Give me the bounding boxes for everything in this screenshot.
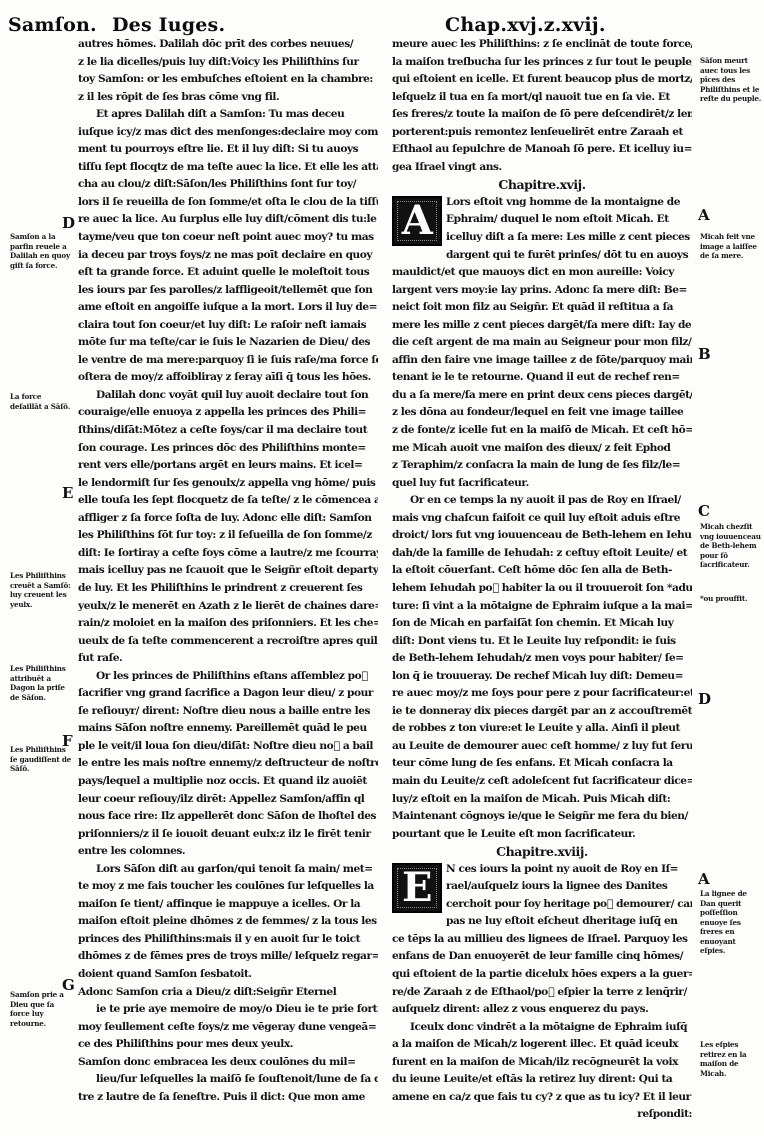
text-line: die ceſt argent de ma main au Seigneur p… [392, 334, 692, 352]
text-line: doient quand Samſon ſesbatoit. [78, 966, 378, 984]
text-line: ame eſtoit en angoiſſe iuſque a la mort.… [78, 299, 378, 317]
text-line: ſacrifier vng grand ſacrifice a Dagon le… [78, 685, 378, 703]
text-line: re auec la lice. Au ſurplus elle luy diſ… [78, 211, 378, 229]
catchword: reſpondit: [392, 1106, 692, 1124]
text-line: affliger z ſa force ſoſta de luy. Adonc … [78, 510, 378, 528]
right-margin-section-letter: C [698, 502, 710, 520]
text-line: le entre les mais noſtre ennemy/z deſtru… [78, 755, 378, 773]
chapter18-body: ce tēps la au millieu des lignees de Iſr… [392, 931, 692, 1106]
right-margin-gloss: *ou prouffit. [700, 594, 762, 604]
text-line: moy ſeullement ceſte foys/z me vēgeray d… [78, 1019, 378, 1037]
text-line: porterent:puis remontez lenſeuelirēt ent… [392, 124, 692, 142]
text-line: du ieune Leuite/et eſtās la retirez luy … [392, 1071, 692, 1089]
text-line: pas ne luy eſtoit eſcheut dheritage iuſq… [392, 913, 692, 931]
text-line: furent en la maiſon de Micah/ilz recōgne… [392, 1054, 692, 1072]
text-line: ſon courage. Les princes dōc des Philiſt… [78, 440, 378, 458]
left-margin-gloss: La force deſaillāt a Sāſō. [10, 392, 72, 411]
chapter18-opening: E N ces iours la point ny auoit de Roy e… [392, 861, 692, 931]
right-margin-section-letter: D [698, 690, 711, 708]
text-line: le ventre de ma mere:parquoy ſi ie ſuis … [78, 352, 378, 370]
text-line: pays/lequel a multiplie noz occis. Et qu… [78, 773, 378, 791]
text-line: ſe reſiouyr/ dirent: Noſtre dieu nous a … [78, 703, 378, 721]
text-line: ce tēps la au millieu des lignees de Iſr… [392, 931, 692, 949]
left-margin-gloss: Samſon a la parfin reuele a Dalilah en q… [10, 232, 72, 270]
text-line: elle touſa les ſept flocquetz de ſa teſt… [78, 492, 378, 510]
right-margin-section-letter: A [698, 870, 710, 888]
text-line: tre z lautre de ſa ſeneſtre. Puis il dic… [78, 1089, 378, 1107]
text-line: pourtant que le Leuite eſt mon ſacrifica… [392, 826, 692, 844]
text-line: iuſque icy/z mas dict des menſonges:decl… [78, 124, 378, 142]
text-line: Adonc Samſon cria a Dieu/z diſt:Seigñr E… [78, 984, 378, 1002]
text-line: rain/z moloiet en la maiſon des priſonni… [78, 615, 378, 633]
text-line: toy Samſon: or les embuſches eſtoient en… [78, 71, 378, 89]
text-line: me Micah auoit vne maiſon des dieux/ z f… [392, 440, 692, 458]
text-line: z il les rōpit de ſes bras cōme vng fil. [78, 89, 378, 107]
text-line: Lors Sāſon diſt au garſon/qui tenoit ſa … [78, 861, 378, 879]
text-line: qui eſtoient de la partie dicelulx hōes … [392, 966, 692, 984]
text-line: ueulx de ſa teſte commencerent a recroiſ… [78, 633, 378, 651]
running-head-left: Samſon. [8, 14, 97, 36]
text-line: dargent qui te furēt prinſes/ dōt tu en … [392, 247, 692, 265]
text-line: diſt: Ie ſortiray a ceſte foys cōme a la… [78, 545, 378, 563]
text-line: mere les mille z cent pieces dargēt/ſa m… [392, 317, 692, 335]
text-line: amene en ca/z que fais tu cy? z que as t… [392, 1089, 692, 1107]
left-margin-gloss: Les Philiſthins attribuēt a Dagon la pri… [10, 664, 72, 702]
right-margin-gloss: Micah feit vne image a laiſſee de ſa mer… [700, 232, 762, 261]
text-line: ſon de Micah en parfaiſāt ſon chemin. Et… [392, 615, 692, 633]
chapter17-opening: A Lors eſtoit vng homme de la montaigne … [392, 194, 692, 264]
text-line: lieu/ſur leſquelles la maiſō ſe ſouſteno… [78, 1071, 378, 1089]
text-line: z de fonte/z icelle fut en la maiſō de M… [392, 422, 692, 440]
text-line: largent vers moy:ie lay prins. Adonc ſa … [392, 282, 692, 300]
text-line: meure auec les Philiſthins: z ſe enclinā… [392, 36, 692, 54]
text-line: dah/de la famille de Iehudah: z ceſtuy e… [392, 545, 692, 563]
text-line: mains Sāſon noſtre ennemy. Pareillemēt q… [78, 720, 378, 738]
right-text-column: meure auec les Philiſthins: z ſe enclinā… [392, 36, 692, 1124]
text-line: Or les princes de Philiſthins eſtans aſſ… [78, 668, 378, 686]
text-line: tenant ie le te retourne. Quand il eut d… [392, 369, 692, 387]
book-page: Samſon. Des Iuges. Chap.xvj.z.xvij. autr… [0, 0, 764, 1136]
text-line: enfans de Dan enuoyerēt de leur famille … [392, 948, 692, 966]
historiated-initial-e-icon: E [392, 863, 442, 913]
text-line: ſes freres/z toute la maiſon de ſō pere … [392, 106, 692, 124]
running-head-book-title: Des Iuges. [112, 14, 225, 36]
text-line: la eſtoit cōuerſant. Ceſt hōme dōc ſen a… [392, 562, 692, 580]
text-line: Et apres Dalilah diſt a Samſon: Tu mas d… [78, 106, 378, 124]
text-line: leſquelz il tua en ſa mort/ql nauoit tue… [392, 89, 692, 107]
text-line: princes des Philiſthins:mais il y en auo… [78, 931, 378, 949]
right-margin-gloss: Micah chezſit vng iouuenceau de Beth-leh… [700, 522, 762, 570]
text-line: neict ſoit mon filz au Seigñr. Et quād i… [392, 299, 692, 317]
text-line: Dalilah donc voyāt quil luy auoit declai… [78, 387, 378, 405]
text-line: ia deceu par troys foys/z ne mas poīt de… [78, 247, 378, 265]
text-line: entre les colomnes. [78, 843, 378, 861]
text-line: autres hōmes. Dalilah dōc prīt des corbe… [78, 36, 378, 54]
text-line: dhōmes z de fēmes pres de troys mille/ l… [78, 948, 378, 966]
text-line: mauldict/et que mauoys dict en mon aurei… [392, 264, 692, 282]
text-line: Or en ce temps la ny auoit il pas de Roy… [392, 492, 692, 510]
text-line: maiſon eſtoit pleine dhōmes z de femmes/… [78, 913, 378, 931]
text-line: ce des Philiſthins pour mes deux yeulx. [78, 1036, 378, 1054]
text-line: z le lia dicelles/puis luy diſt:Voicy le… [78, 54, 378, 72]
text-line: lehem Iehudah po᷑ habiter la ou il trouu… [392, 580, 692, 598]
text-line: yeulx/z le menerēt en Azath z le lierēt … [78, 598, 378, 616]
text-line: main du Leuite/z ceſt adoleſcent fut ſac… [392, 773, 692, 791]
text-line: a la maiſon de Micah/z logerent illec. E… [392, 1036, 692, 1054]
text-line: de robbes z ton viure:et le Leuite y all… [392, 720, 692, 738]
text-line: auſquelz dirent: allez z vous enquerez d… [392, 1001, 692, 1019]
text-line: droict/ lors fut vng iouuenceau de Beth-… [392, 527, 692, 545]
text-line: Maintenant cōgnoys ie/que le Seigñr me f… [392, 808, 692, 826]
text-line: couraige/elle enuoya z appella les princ… [78, 404, 378, 422]
text-line: mais vng chaſcun faiſoit ce quil luy eſt… [392, 510, 692, 528]
text-line: re auec moy/z me ſoys pour pere z pour ſ… [392, 685, 692, 703]
chapter16-ending: meure auec les Philiſthins: z ſe enclinā… [392, 36, 692, 176]
right-margin-gloss: Les eſpies retirez en la maiſon de Micah… [700, 1040, 762, 1078]
text-line: qui eſtoient en icelle. Et furent beauco… [392, 71, 692, 89]
text-line: ture: ſi vint a la mōtaigne de Ephraim i… [392, 598, 692, 616]
text-line: quel luy fut ſacrificateur. [392, 475, 692, 493]
text-line: lors il ſe reueilla de ſon ſomme/et oſta… [78, 194, 378, 212]
text-line: luy/z eſtoit en la maiſon de Micah. Puis… [392, 791, 692, 809]
text-line: rent vers elle/portans argēt en leurs ma… [78, 457, 378, 475]
text-line: oſtera de moy/z affoibliray z ſeray aīſi… [78, 369, 378, 387]
text-line: tayme/veu que ton coeur neſt point auec … [78, 229, 378, 247]
text-line: les Philiſthins ſōt ſur toy: z il ſeſuei… [78, 527, 378, 545]
right-margin-section-letter: B [698, 345, 711, 363]
text-line: le lendormiſt ſur ſes genoulx/z appella … [78, 475, 378, 493]
text-line: teur cōme lung de ſes enfans. Et Micah c… [392, 755, 692, 773]
text-line: fut raſe. [78, 650, 378, 668]
text-line: lon q̄ ie trouueray. De rechef Micah luy… [392, 668, 692, 686]
running-head-chapter: Chap.xvj.z.xvij. [445, 14, 606, 36]
left-margin-gloss: Les Philiſthins ſe gaudiſſent de Sāſō. [10, 745, 72, 774]
text-line: ſthins/diſāt:Mōtez a ceſte foys/car il m… [78, 422, 378, 440]
text-line: mais icelluy pas ne ſcauoit que le Seigñ… [78, 562, 378, 580]
text-line: priſonniers/z il ſe iouoit deuant eulx:z… [78, 826, 378, 844]
text-line: Samſon donc embracea les deux coulōnes d… [78, 1054, 378, 1072]
text-line: te moy z me fais toucher les coulōnes ſu… [78, 878, 378, 896]
left-text-column: autres hōmes. Dalilah dōc prīt des corbe… [78, 36, 378, 1106]
text-line: affin den faire vne image taillee z de f… [392, 352, 692, 370]
right-margin-section-letter: A [698, 206, 710, 224]
chapter18-heading: Chapitre.xviij. [392, 843, 692, 861]
text-line: la maiſon treſbucha ſur les princes z ſu… [392, 54, 692, 72]
chapter17-heading: Chapitre.xvij. [392, 176, 692, 194]
text-line: cha au clou/z diſt:Sāſon/les Philiſthins… [78, 176, 378, 194]
text-line: de luy. Et les Philiſthins le prindrent … [78, 580, 378, 598]
text-line: mōte ſur ma teſte/car ie ſuis le Nazarie… [78, 334, 378, 352]
text-line: z les dōna au fondeur/lequel en feit vne… [392, 404, 692, 422]
text-line: maiſon ſe tient/ affinque ie mappuye a i… [78, 896, 378, 914]
text-line: ple le veit/il loua ſon dieu/diſāt: Noſt… [78, 738, 378, 756]
text-line: ie te donneray dix pieces dargēt par an … [392, 703, 692, 721]
text-line: les iours par ſes parolles/z laffligeoit… [78, 282, 378, 300]
right-margin-gloss: La lignee de Dan querit poſſeſſion enuoy… [700, 889, 762, 956]
left-margin-section-letter: D [62, 214, 75, 232]
text-line: gea Iſrael vingt ans. [392, 159, 692, 177]
left-margin-gloss: Les Philiſthins creuēt a Samſō: luy creu… [10, 571, 72, 609]
text-line: ment tu pourroys eſtre lie. Et il luy di… [78, 141, 378, 159]
text-line: nous face rire: Ilz appellerēt donc Sāſo… [78, 808, 378, 826]
text-line: au Leuite de demourer auec ceſt homme/ z… [392, 738, 692, 756]
left-margin-gloss: Samſon prie a Dieu que ſa force luy reto… [10, 990, 72, 1028]
text-line: eſt ta grande force. Et aduint quelle le… [78, 264, 378, 282]
left-margin-section-letter: E [62, 484, 73, 502]
text-line: de Beth-lehem Iehudah/z men voys pour ha… [392, 650, 692, 668]
text-line: Iceulx donc vindrēt a la mōtaigne de Eph… [392, 1019, 692, 1037]
text-line: du a ſa mere/ſa mere en print deux cens … [392, 387, 692, 405]
text-line: re/de Zaraah z de Eſthaol/po᷑ eſpier la … [392, 984, 692, 1002]
right-margin-gloss: Sāſon meurt auec tous les pīces des Phil… [700, 56, 762, 104]
text-line: Eſthaol au ſepulchre de Manoah ſō pere. … [392, 141, 692, 159]
text-line: leur coeur reſiouy/ilz dirēt: Appellez S… [78, 791, 378, 809]
historiated-initial-a-icon: A [392, 196, 442, 246]
text-line: diſt: Dont viens tu. Et le Leuite luy re… [392, 633, 692, 651]
text-line: z Teraphim/z conſacra la main de lung de… [392, 457, 692, 475]
text-line: claira tout ſon coeur/et luy diſt: Le ra… [78, 317, 378, 335]
text-line: ie te prie aye memoire de moy/o Dieu ie … [78, 1001, 378, 1019]
chapter17-body: mauldict/et que mauoys dict en mon aurei… [392, 264, 692, 843]
text-line: tiſſu ſept flocqtz de ma teſte auec la l… [78, 159, 378, 177]
